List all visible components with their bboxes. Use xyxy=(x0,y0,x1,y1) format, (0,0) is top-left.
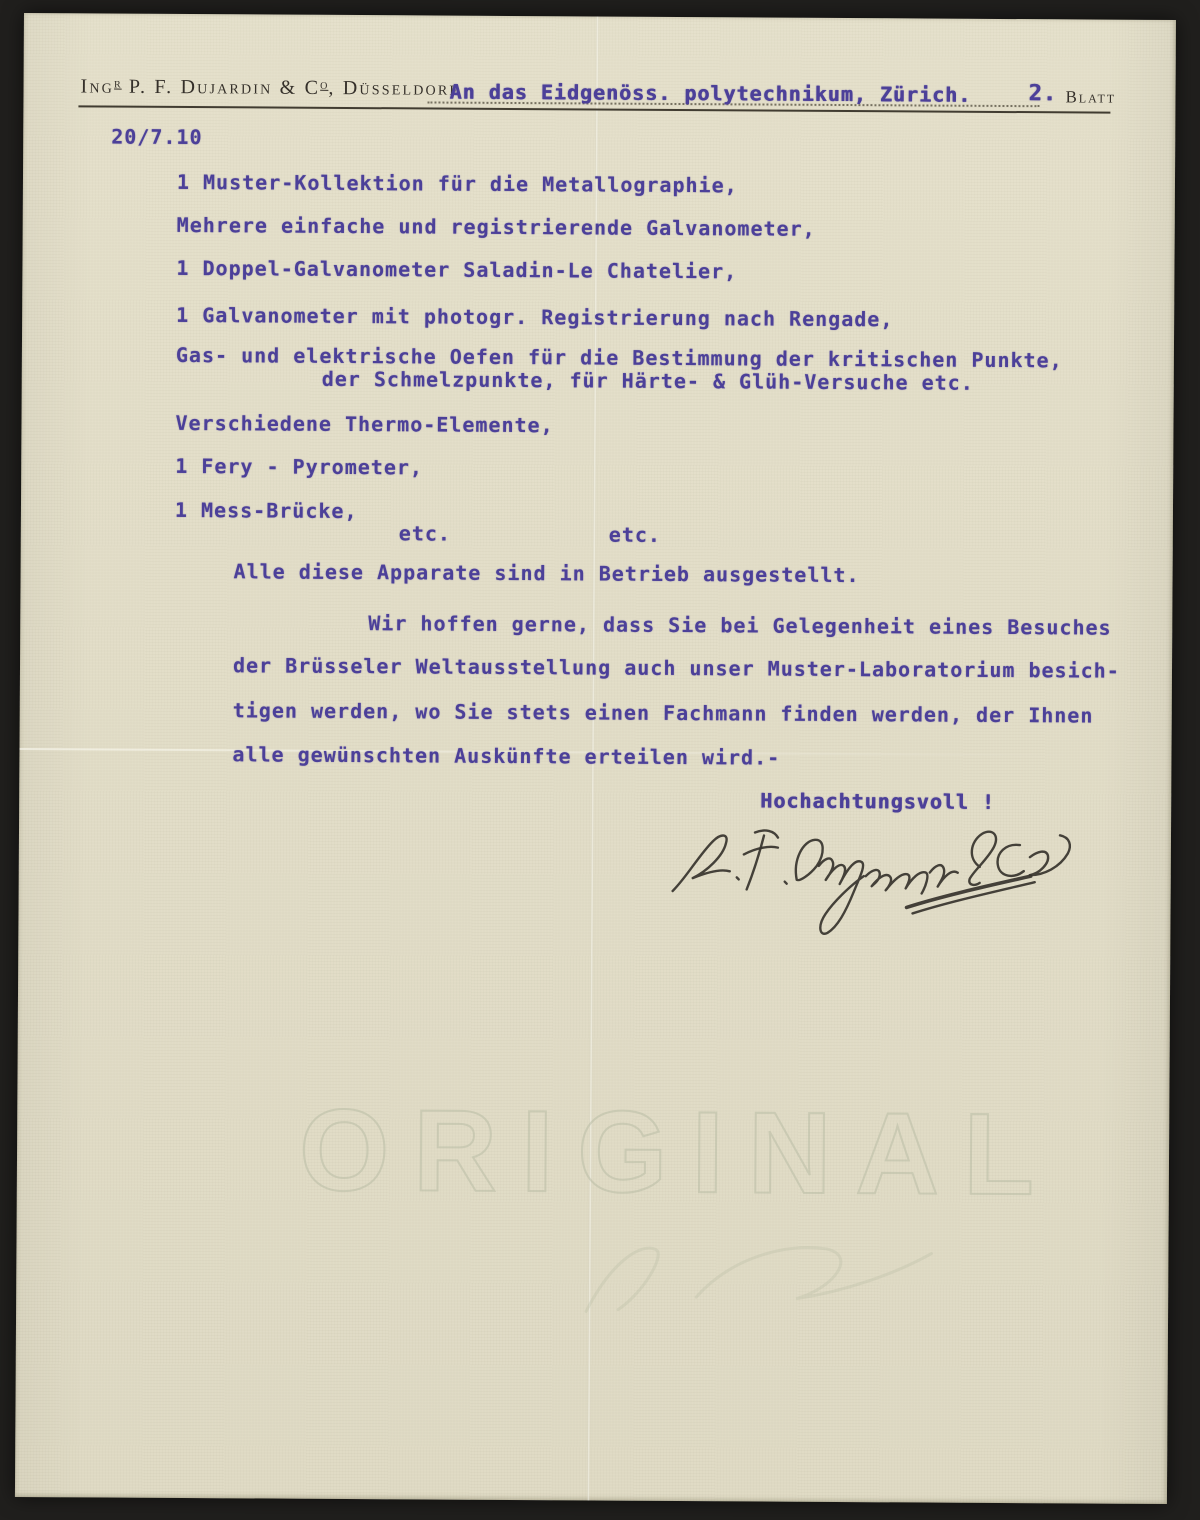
letterhead-part2: P. F. Dujardin & C xyxy=(122,76,321,99)
original-watermark: ORIGINAL xyxy=(299,1083,1059,1222)
typed-line: etc. xyxy=(399,523,451,543)
typed-line: der Schmelzpunkte, für Härte- & Glüh-Ver… xyxy=(322,369,974,393)
letterhead-part1: Ing xyxy=(80,76,114,98)
typed-line: Mehrere einfache und registrierende Galv… xyxy=(177,215,816,239)
letterhead-company: Ingr P. F. Dujardin & Co, Düsseldorf xyxy=(80,75,459,100)
blatt-label: Blatt xyxy=(1065,87,1116,107)
salutation: Hochachtungsvoll ! xyxy=(760,791,995,812)
page-number: 2. xyxy=(1028,83,1057,105)
signature xyxy=(666,813,1077,966)
watermark-script-flourish xyxy=(556,1201,977,1344)
date: 20/7.10 xyxy=(111,127,202,148)
typed-line: tigen werden, wo Sie stets einen Fachman… xyxy=(233,700,1094,725)
typed-line: 1 Mess-Brücke, xyxy=(175,500,358,521)
letterhead-sup-o: o xyxy=(320,77,328,92)
typed-line: Alle diese Apparate sind in Betrieb ausg… xyxy=(234,561,860,585)
typed-line: Wir hoffen gerne, dass Sie bei Gelegenhe… xyxy=(368,613,1111,638)
typed-line: 1 Galvanometer mit photogr. Registrierun… xyxy=(176,305,893,329)
typed-line: der Brüsseler Weltausstellung auch unser… xyxy=(233,655,1120,680)
typed-line: Verschiedene Thermo-Elemente, xyxy=(175,413,553,435)
typed-line: 1 Muster-Kollektion für die Metallograph… xyxy=(177,172,738,195)
typed-line: Gas- und elektrische Oefen für die Besti… xyxy=(176,345,1063,370)
typed-line: etc. xyxy=(609,525,661,545)
typed-line: alle gewünschten Auskünfte erteilen wird… xyxy=(232,744,780,767)
typed-line: 1 Fery - Pyrometer, xyxy=(175,456,423,478)
scan-background: ORIGINAL Ingr P. F. Dujardin & Co, Düsse… xyxy=(0,0,1200,1520)
letter-page: ORIGINAL Ingr P. F. Dujardin & Co, Düsse… xyxy=(15,13,1176,1504)
typed-line: 1 Doppel-Galvanometer Saladin-Le Chateli… xyxy=(176,258,737,281)
addressee-typed: An das Eidgenöss. polytechnikum, Zürich. xyxy=(449,82,971,105)
